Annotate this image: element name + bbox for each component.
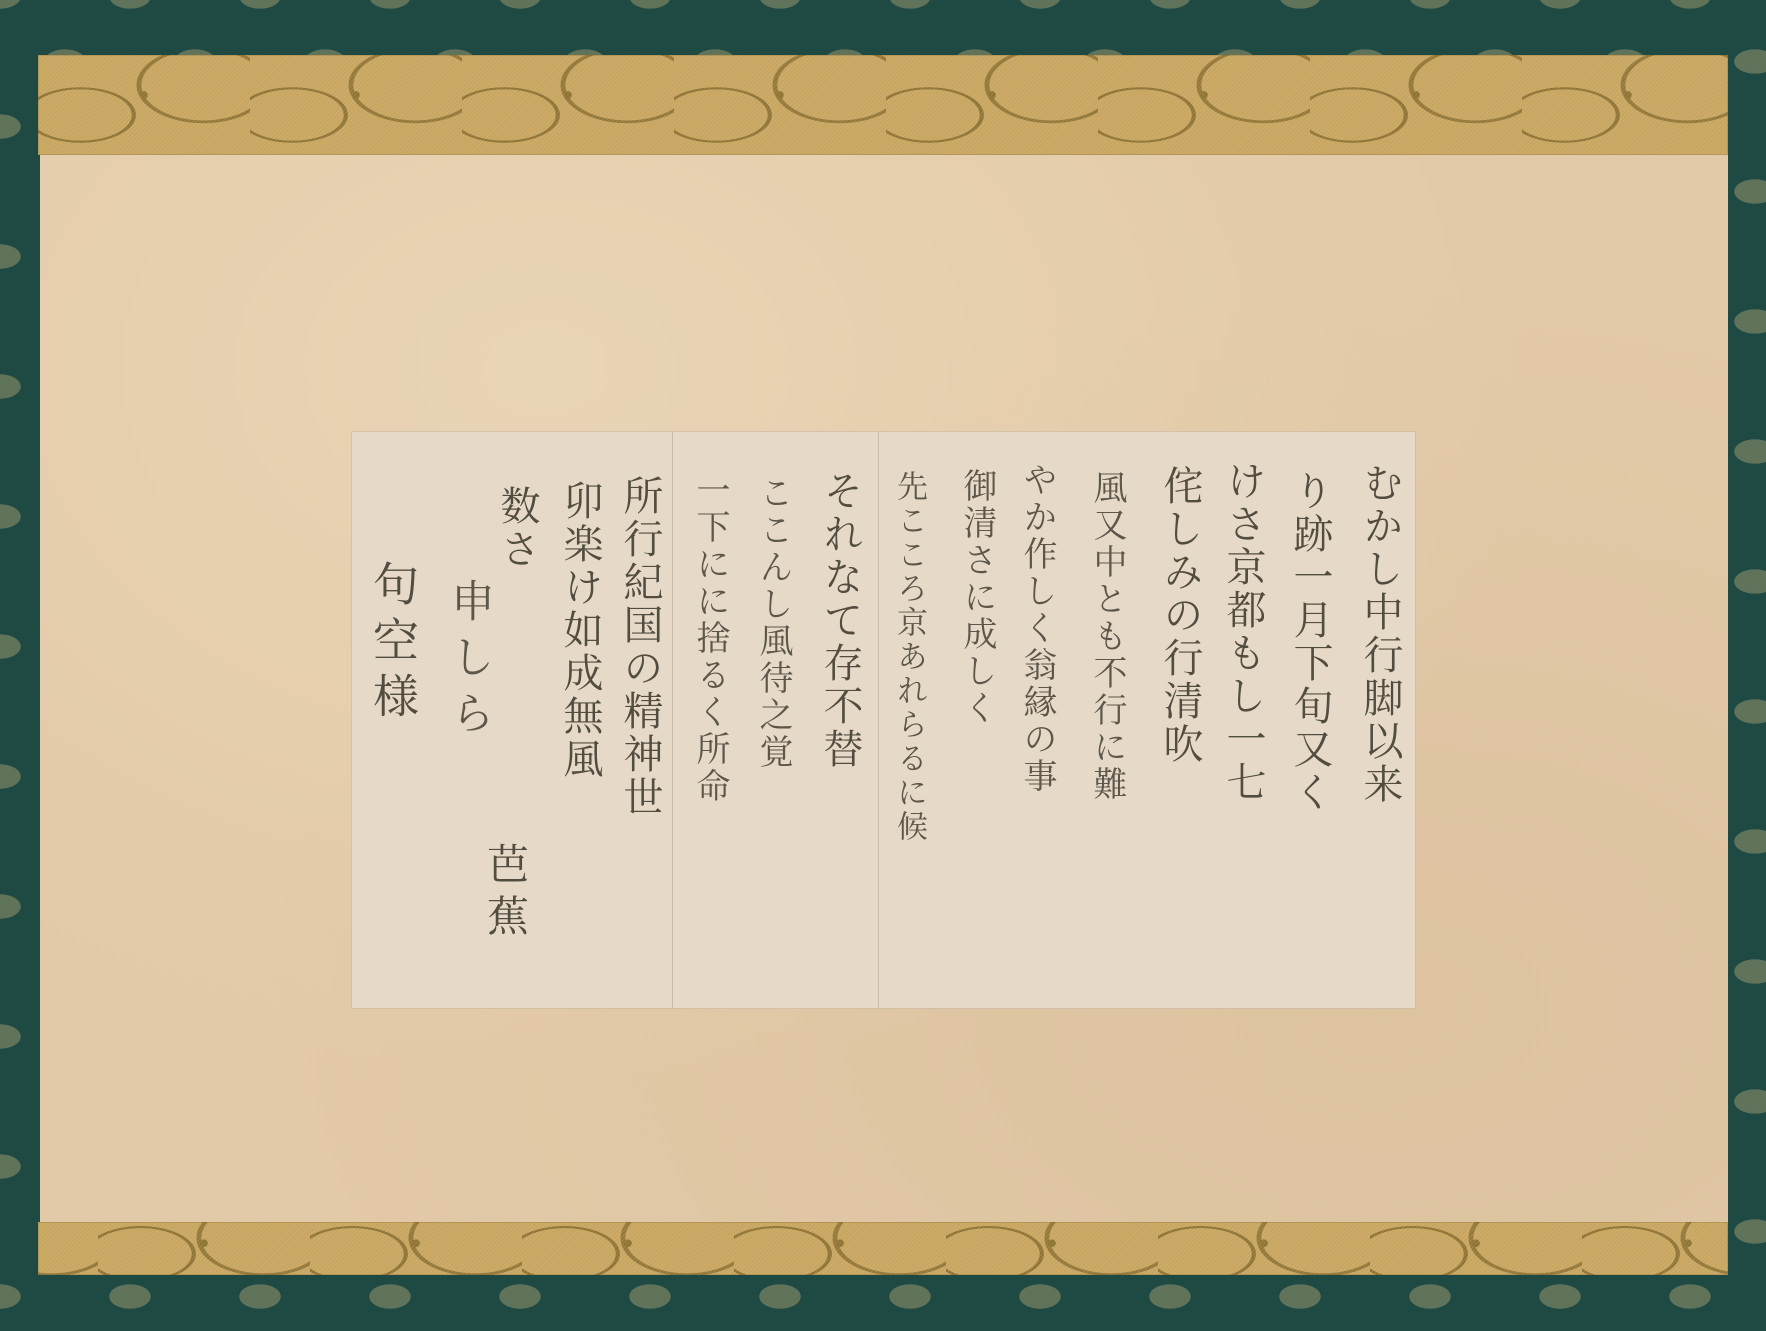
calligraphy-column-13: 卯楽け如成無風 [560,480,600,781]
calligraphy-column-1: むかし中行脚以来 [1360,462,1400,806]
calligraphy-column-11: 一下にに捨るく所命 [693,472,727,805]
fold-seam [878,432,879,1008]
calligraphy-column-2: り跡一月下旬又く [1290,470,1330,814]
calligraphy-column-10: ここんし風待之覚 [756,475,790,771]
calligraphy-column-8: 先こころ京あれらるに候 [893,470,924,844]
calligraphy-column-5: 風又中とも不行に難 [1090,470,1124,803]
fold-seam [672,432,673,1008]
calligraphy-column-14: 数さ [497,485,537,571]
calligraphy-column-12: 所行紀国の精神世 [620,475,660,819]
bottom-gold-brocade-band [38,1222,1728,1275]
calligraphy-column-7: 御清さに成しく [960,468,994,727]
calligraphy-column-3: けさ京都もし一七 [1223,460,1263,804]
calligraphy-column-9: それなて存不替 [820,470,860,771]
calligraphy-column-15: 申しら [446,578,490,746]
addressee-column: 句空様 [370,560,416,728]
top-gold-brocade-band [38,55,1728,155]
calligraphy-column-6: やか作しく翁縁の事 [1020,462,1054,795]
calligraphy-column-4: 侘しみの行清吹 [1160,465,1200,766]
signature-basho: 芭蕉 [484,842,526,946]
